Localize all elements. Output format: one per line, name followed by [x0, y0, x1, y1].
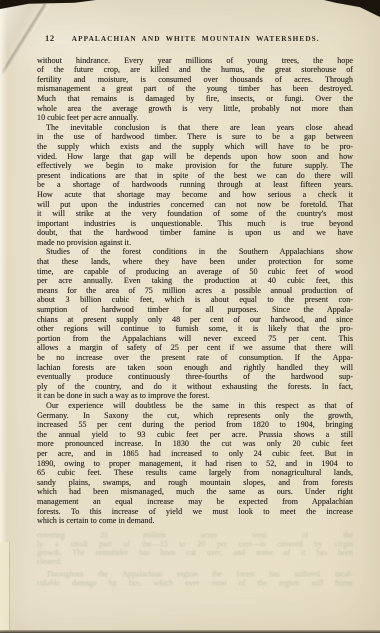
text-line: more pronounced increase. In 1830 the cu…: [37, 439, 353, 449]
text-line: chians at present supply only 48 per cen…: [37, 315, 353, 325]
text-line: effectively we begin to make provision f…: [37, 161, 353, 171]
text-line: present indications are that in spite of…: [37, 171, 353, 181]
page-body: without hindrance. Every year millions o…: [37, 56, 353, 526]
text-line: allows a margin of safety of 25 per cent…: [37, 343, 353, 353]
text-line: made no provision against it.: [37, 238, 353, 248]
text-line: lachian forests are taken soon enough an…: [37, 363, 353, 373]
page-number: 12: [45, 33, 55, 43]
show-through-line: growth. The remainder has been cut over,…: [37, 548, 353, 557]
show-through-line: cleared.: [37, 557, 353, 566]
text-line: other regions will continue to furnish s…: [37, 324, 353, 334]
text-line: time, are capable of producing an averag…: [37, 267, 353, 277]
text-line: important industries is unquestionable. …: [37, 219, 353, 229]
text-line: which had been mismanaged, much the same…: [37, 487, 353, 497]
text-line: which is certain to come in demand.: [37, 516, 353, 526]
text-line: management an equal increase may be expe…: [37, 497, 353, 507]
show-through-line: ly a small part of the—15 to 20 per cent…: [37, 539, 353, 548]
text-line: Our experience will doubtless be the sam…: [37, 401, 353, 411]
text-line: whole area the average growth is very li…: [37, 104, 353, 114]
text-line: 1890, owing to proper management, it had…: [37, 459, 353, 469]
page-left-edge: [0, 0, 7, 633]
running-head: 12 APPALACHIAN AND WHITE MOUNTAIN WATERS…: [45, 33, 345, 44]
text-line: be no increase over the present rate of …: [37, 353, 353, 363]
text-line: Much that remains is damaged by fire, in…: [37, 94, 353, 104]
text-line: per acre, and in 1865 had increased to o…: [37, 449, 353, 459]
text-line: 65 cubic feet. These results came largel…: [37, 468, 353, 478]
text-line: without hindrance. Every year millions o…: [37, 56, 353, 66]
text-line: How acute that shortage may become and h…: [37, 190, 353, 200]
text-line: vided. How large that gap will be depend…: [37, 152, 353, 162]
text-line: be a shortage of hardwoods running throu…: [37, 180, 353, 190]
paragraph: Our experience will doubtless be the sam…: [37, 401, 353, 526]
text-line: sumption of hardwood timber for all purp…: [37, 305, 353, 315]
text-line: forests. To this increase of yield we mu…: [37, 507, 353, 517]
text-line: portion from the Appalachians will never…: [37, 334, 353, 344]
text-line: that these lands, where they have been u…: [37, 257, 353, 267]
text-line: will put upon the industries concerned c…: [37, 200, 353, 210]
page-left-edge-bottom: [0, 542, 10, 630]
text-line: of the future crop, are killed and the h…: [37, 65, 353, 75]
show-through-text: covering 20 million acres west of thely …: [37, 531, 353, 587]
text-line: in the use of hardwood timber. There is …: [37, 132, 353, 142]
paragraph: Studies of the forest conditions in the …: [37, 247, 353, 401]
text-line: the supply which exists and the supply w…: [37, 142, 353, 152]
text-line: it will strike at the very foundation of…: [37, 209, 353, 219]
text-line: 10 cubic feet per acre annually.: [37, 113, 353, 123]
text-line: increased 55 per cent during the period …: [37, 420, 353, 430]
text-line: fertility and moisture, is consumed over…: [37, 75, 353, 85]
paragraph: without hindrance. Every year millions o…: [37, 56, 353, 123]
text-line: doubt, that the hardwood timber famine i…: [37, 228, 353, 238]
show-through-line: covering 20 million acres west of the: [37, 531, 353, 540]
text-line: sandy plains, swamps, and rough mountain…: [37, 478, 353, 488]
paragraph: The inevitable conclusion is that there …: [37, 123, 353, 248]
text-line: it can be done in such a way as to impro…: [37, 391, 353, 401]
text-line: per acre annually. Even taking the produ…: [37, 276, 353, 286]
text-line: eventually produce continuously three-fo…: [37, 372, 353, 382]
show-through-line: culable damage by fire, which over most …: [37, 578, 353, 587]
text-line: ply of the country, and do it without ex…: [37, 382, 353, 392]
text-line: Germany. In Saxony the cut, which repres…: [37, 411, 353, 421]
text-line: means for the area of 75 million acres a…: [37, 286, 353, 296]
running-head-title: APPALACHIAN AND WHITE MOUNTAIN WATERSHED…: [72, 34, 320, 43]
text-line: about 3 billion cubic feet, which is abo…: [37, 295, 353, 305]
text-line: the annual yield to 93 cubic feet per ac…: [37, 430, 353, 440]
text-line: mismanagement a great part of the young …: [37, 84, 353, 94]
show-through-line: Throughout the Appalachian region the fo…: [37, 569, 353, 578]
text-line: Studies of the forest conditions in the …: [37, 247, 353, 257]
text-line: The inevitable conclusion is that there …: [37, 123, 353, 133]
